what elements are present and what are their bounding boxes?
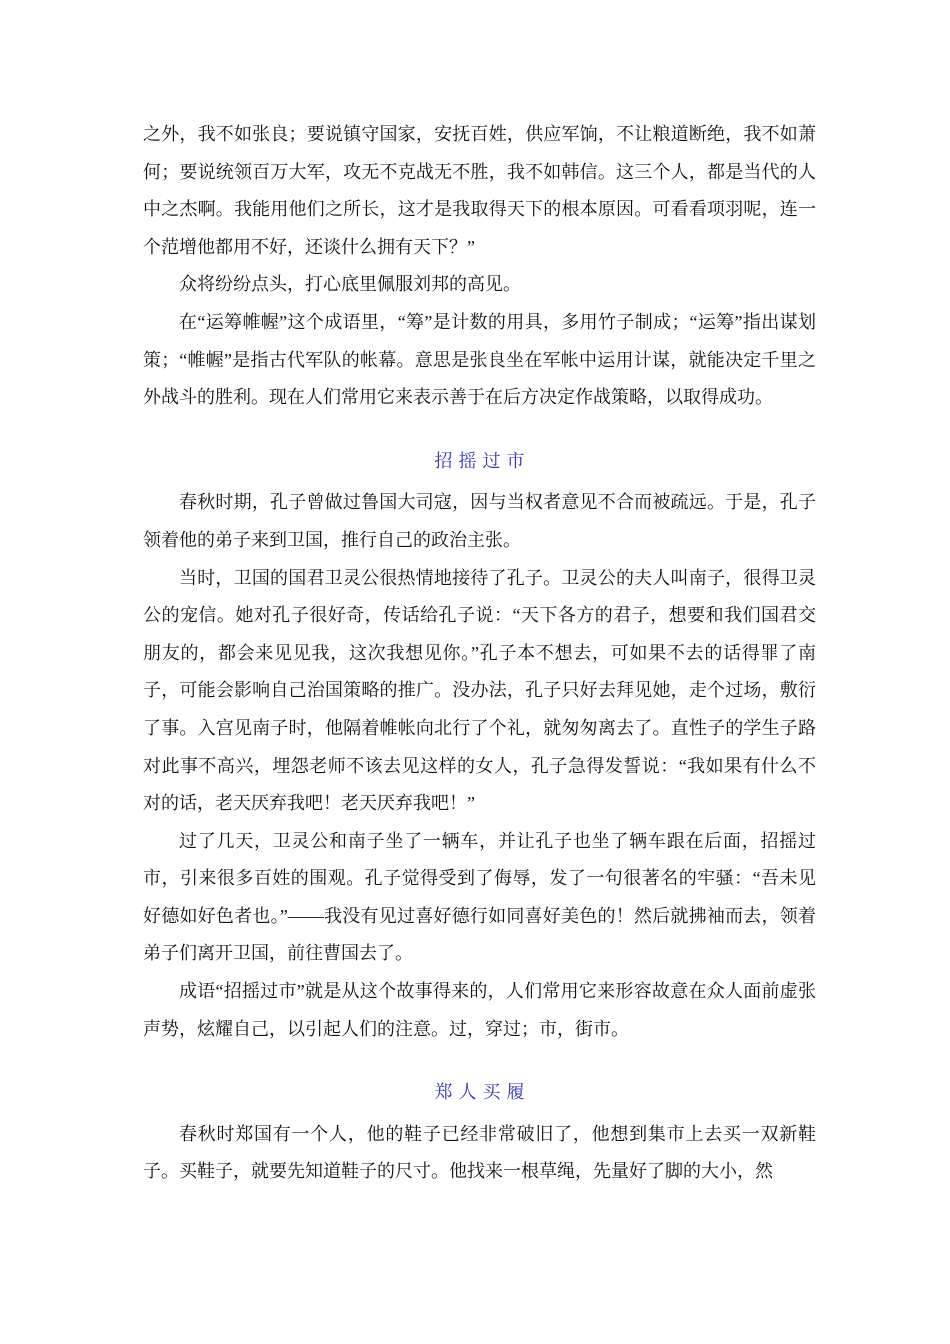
paragraph-confucius-leaves-lu: 春秋时期，孔子曾做过鲁国大司寇，因与当权者意见不合而被疏远。于是，孔子领着他的弟… xyxy=(143,484,816,559)
paragraph-zhaoyao-explanation: 成语“招摇过市”就是从这个故事得来的，人们常用它来形容故意在众人面前虚张声势，炫… xyxy=(143,973,816,1048)
paragraph-yunchou-explanation: 在“运筹帷幄”这个成语里，“筹”是计数的用具，多用竹子制成；“运筹”指出谋划策；… xyxy=(143,304,816,417)
paragraph-yunchou-continuation: 之外，我不如张良；要说镇守国家，安抚百姓，供应军饷，不让粮道断绝，我不如萧何；要… xyxy=(143,116,816,266)
document-content: 之外，我不如张良；要说镇守国家，安抚百姓，供应军饷，不让粮道断绝，我不如萧何；要… xyxy=(0,0,950,1191)
paragraph-generals-nod: 众将纷纷点头，打心底里佩服刘邦的高见。 xyxy=(143,266,816,304)
paragraph-nanzi-meeting: 当时，卫国的国君卫灵公很热情地接待了孔子。卫灵公的夫人叫南子，很得卫灵公的宠信。… xyxy=(143,560,816,823)
document-page: 之外，我不如张良；要说镇守国家，安抚百姓，供应军饷，不让粮道断绝，我不如萧何；要… xyxy=(0,0,950,1344)
paragraph-zhengren-story-start: 春秋时郑国有一个人，他的鞋子已经非常破旧了，他想到集市上去买一双新鞋子。买鞋子，… xyxy=(143,1116,816,1191)
paragraph-parade-through-market: 过了几天，卫灵公和南子坐了一辆车，并让孔子也坐了辆车跟在后面，招摇过市，引来很多… xyxy=(143,823,816,973)
section-heading-zhaoyaoguoshi: 招摇过市 xyxy=(143,443,816,481)
section-heading-zhengrenmailv: 郑人买履 xyxy=(143,1074,816,1112)
